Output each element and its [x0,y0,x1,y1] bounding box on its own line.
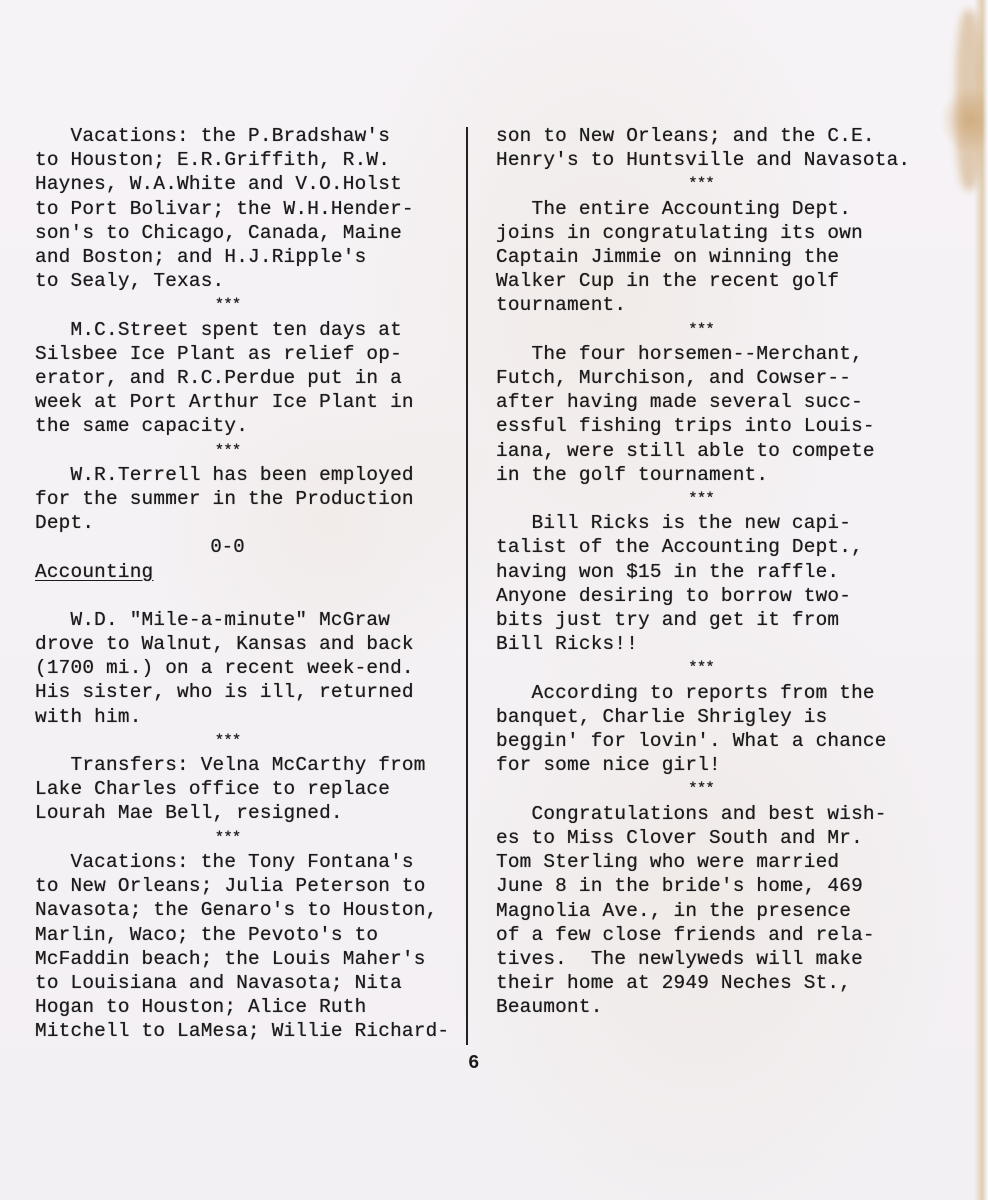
text-line: to New Orleans; Julia Peterson to [35,874,460,898]
separator: *** [496,172,916,196]
text-line: Lake Charles office to replace [35,777,460,801]
text-line: tournament. [496,293,916,317]
text-line: to Port Bolivar; the W.H.Hender- [35,197,460,221]
text-line: for some nice girl! [496,753,916,777]
text-line: bits just try and get it from [496,608,916,632]
text-line: with him. [35,705,460,729]
text-line: Walker Cup in the recent golf [496,269,916,293]
text-line: Mitchell to LaMesa; Willie Richard- [35,1019,460,1043]
text-line: Vacations: the P.Bradshaw's [35,124,460,148]
item-vacations-accounting: Vacations: the Tony Fontana'sto New Orle… [35,850,460,1044]
text-line: Marlin, Waco; the Pevoto's to [35,923,460,947]
left-column: Vacations: the P.Bradshaw'sto Houston; E… [35,124,460,1044]
text-line: es to Miss Clover South and Mr. [496,826,916,850]
text-line: beggin' for lovin'. What a chance [496,729,916,753]
item-mc-street: M.C.Street spent ten days atSilsbee Ice … [35,318,460,439]
text-line: Futch, Murchison, and Cowser-- [496,366,916,390]
text-line: McFaddin beach; the Louis Maher's [35,947,460,971]
text-line: Vacations: the Tony Fontana's [35,850,460,874]
section-break: 0-0 [35,535,460,559]
text-line: According to reports from the [496,681,916,705]
item-wr-terrell: W.R.Terrell has been employedfor the sum… [35,463,460,536]
text-line: for the summer in the Production [35,487,460,511]
text-line: His sister, who is ill, returned [35,680,460,704]
item-charlie-shrigley: According to reports from thebanquet, Ch… [496,681,916,778]
text-line: The entire Accounting Dept. [496,197,916,221]
text-line: joins in congratulating its own [496,221,916,245]
text-line: drove to Walnut, Kansas and back [35,632,460,656]
text-line: Hogan to Houston; Alice Ruth [35,995,460,1019]
text-line: after having made several succ- [496,390,916,414]
section-heading-accounting: Accounting [35,560,460,584]
text-line: Tom Sterling who were married [496,850,916,874]
item-vacations-ice-plants: Vacations: the P.Bradshaw'sto Houston; E… [35,124,460,293]
text-line: the same capacity. [35,414,460,438]
text-line: Lourah Mae Bell, resigned. [35,801,460,825]
text-line: to Sealy, Texas. [35,269,460,293]
paper-edge [974,0,988,1200]
separator: *** [35,439,460,463]
newsletter-page: Vacations: the P.Bradshaw'sto Houston; E… [0,0,988,1200]
right-column: son to New Orleans; and the C.E.Henry's … [496,124,916,1020]
text-line: (1700 mi.) on a recent week-end. [35,656,460,680]
text-line: Transfers: Velna McCarthy from [35,753,460,777]
text-line: June 8 in the bride's home, 469 [496,874,916,898]
text-line: week at Port Arthur Ice Plant in [35,390,460,414]
page-number: 6 [468,1052,479,1074]
text-line: M.C.Street spent ten days at [35,318,460,342]
text-line: having won $15 in the raffle. [496,560,916,584]
text-line: to Louisiana and Navasota; Nita [35,971,460,995]
text-line: Dept. [35,511,460,535]
text-line: Henry's to Huntsville and Navasota. [496,148,916,172]
item-four-horsemen: The four horsemen--Merchant,Futch, Murch… [496,342,916,487]
item-transfers: Transfers: Velna McCarthy fromLake Charl… [35,753,460,826]
text-line: essful fishing trips into Louis- [496,414,916,438]
text-line: The four horsemen--Merchant, [496,342,916,366]
text-line: Beaumont. [496,995,916,1019]
text-line: Bill Ricks!! [496,632,916,656]
text-line: Bill Ricks is the new capi- [496,511,916,535]
text-line: Silsbee Ice Plant as relief op- [35,342,460,366]
separator: *** [496,777,916,801]
separator: *** [35,826,460,850]
text-line: Congratulations and best wish- [496,802,916,826]
separator: *** [496,318,916,342]
separator: *** [496,487,916,511]
text-line: Haynes, W.A.White and V.O.Holst [35,172,460,196]
item-mcgraw: W.D. "Mile-a-minute" McGrawdrove to Waln… [35,608,460,729]
item-wedding: Congratulations and best wish-es to Miss… [496,802,916,1020]
text-line: and Boston; and H.J.Ripple's [35,245,460,269]
text-line: son to New Orleans; and the C.E. [496,124,916,148]
text-line: in the golf tournament. [496,463,916,487]
text-line: iana, were still able to compete [496,439,916,463]
separator: *** [496,656,916,680]
text-line: W.R.Terrell has been employed [35,463,460,487]
text-line: W.D. "Mile-a-minute" McGraw [35,608,460,632]
item-bill-ricks: Bill Ricks is the new capi-talist of the… [496,511,916,656]
text-line: banquet, Charlie Shrigley is [496,705,916,729]
text-line: talist of the Accounting Dept., [496,535,916,559]
text-line: son's to Chicago, Canada, Maine [35,221,460,245]
separator: *** [35,729,460,753]
text-line: tives. The newlyweds will make [496,947,916,971]
item-walker-cup: The entire Accounting Dept.joins in cong… [496,197,916,318]
text-line: Anyone desiring to borrow two- [496,584,916,608]
item-vacations-continued: son to New Orleans; and the C.E.Henry's … [496,124,916,172]
text-line: their home at 2949 Neches St., [496,971,916,995]
text-line: Magnolia Ave., in the presence [496,899,916,923]
text-line: to Houston; E.R.Griffith, R.W. [35,148,460,172]
text-line: Navasota; the Genaro's to Houston, [35,898,460,922]
text-line: of a few close friends and rela- [496,923,916,947]
separator: *** [35,293,460,317]
text-line: Captain Jimmie on winning the [496,245,916,269]
text-line: erator, and R.C.Perdue put in a [35,366,460,390]
column-divider [466,127,468,1045]
